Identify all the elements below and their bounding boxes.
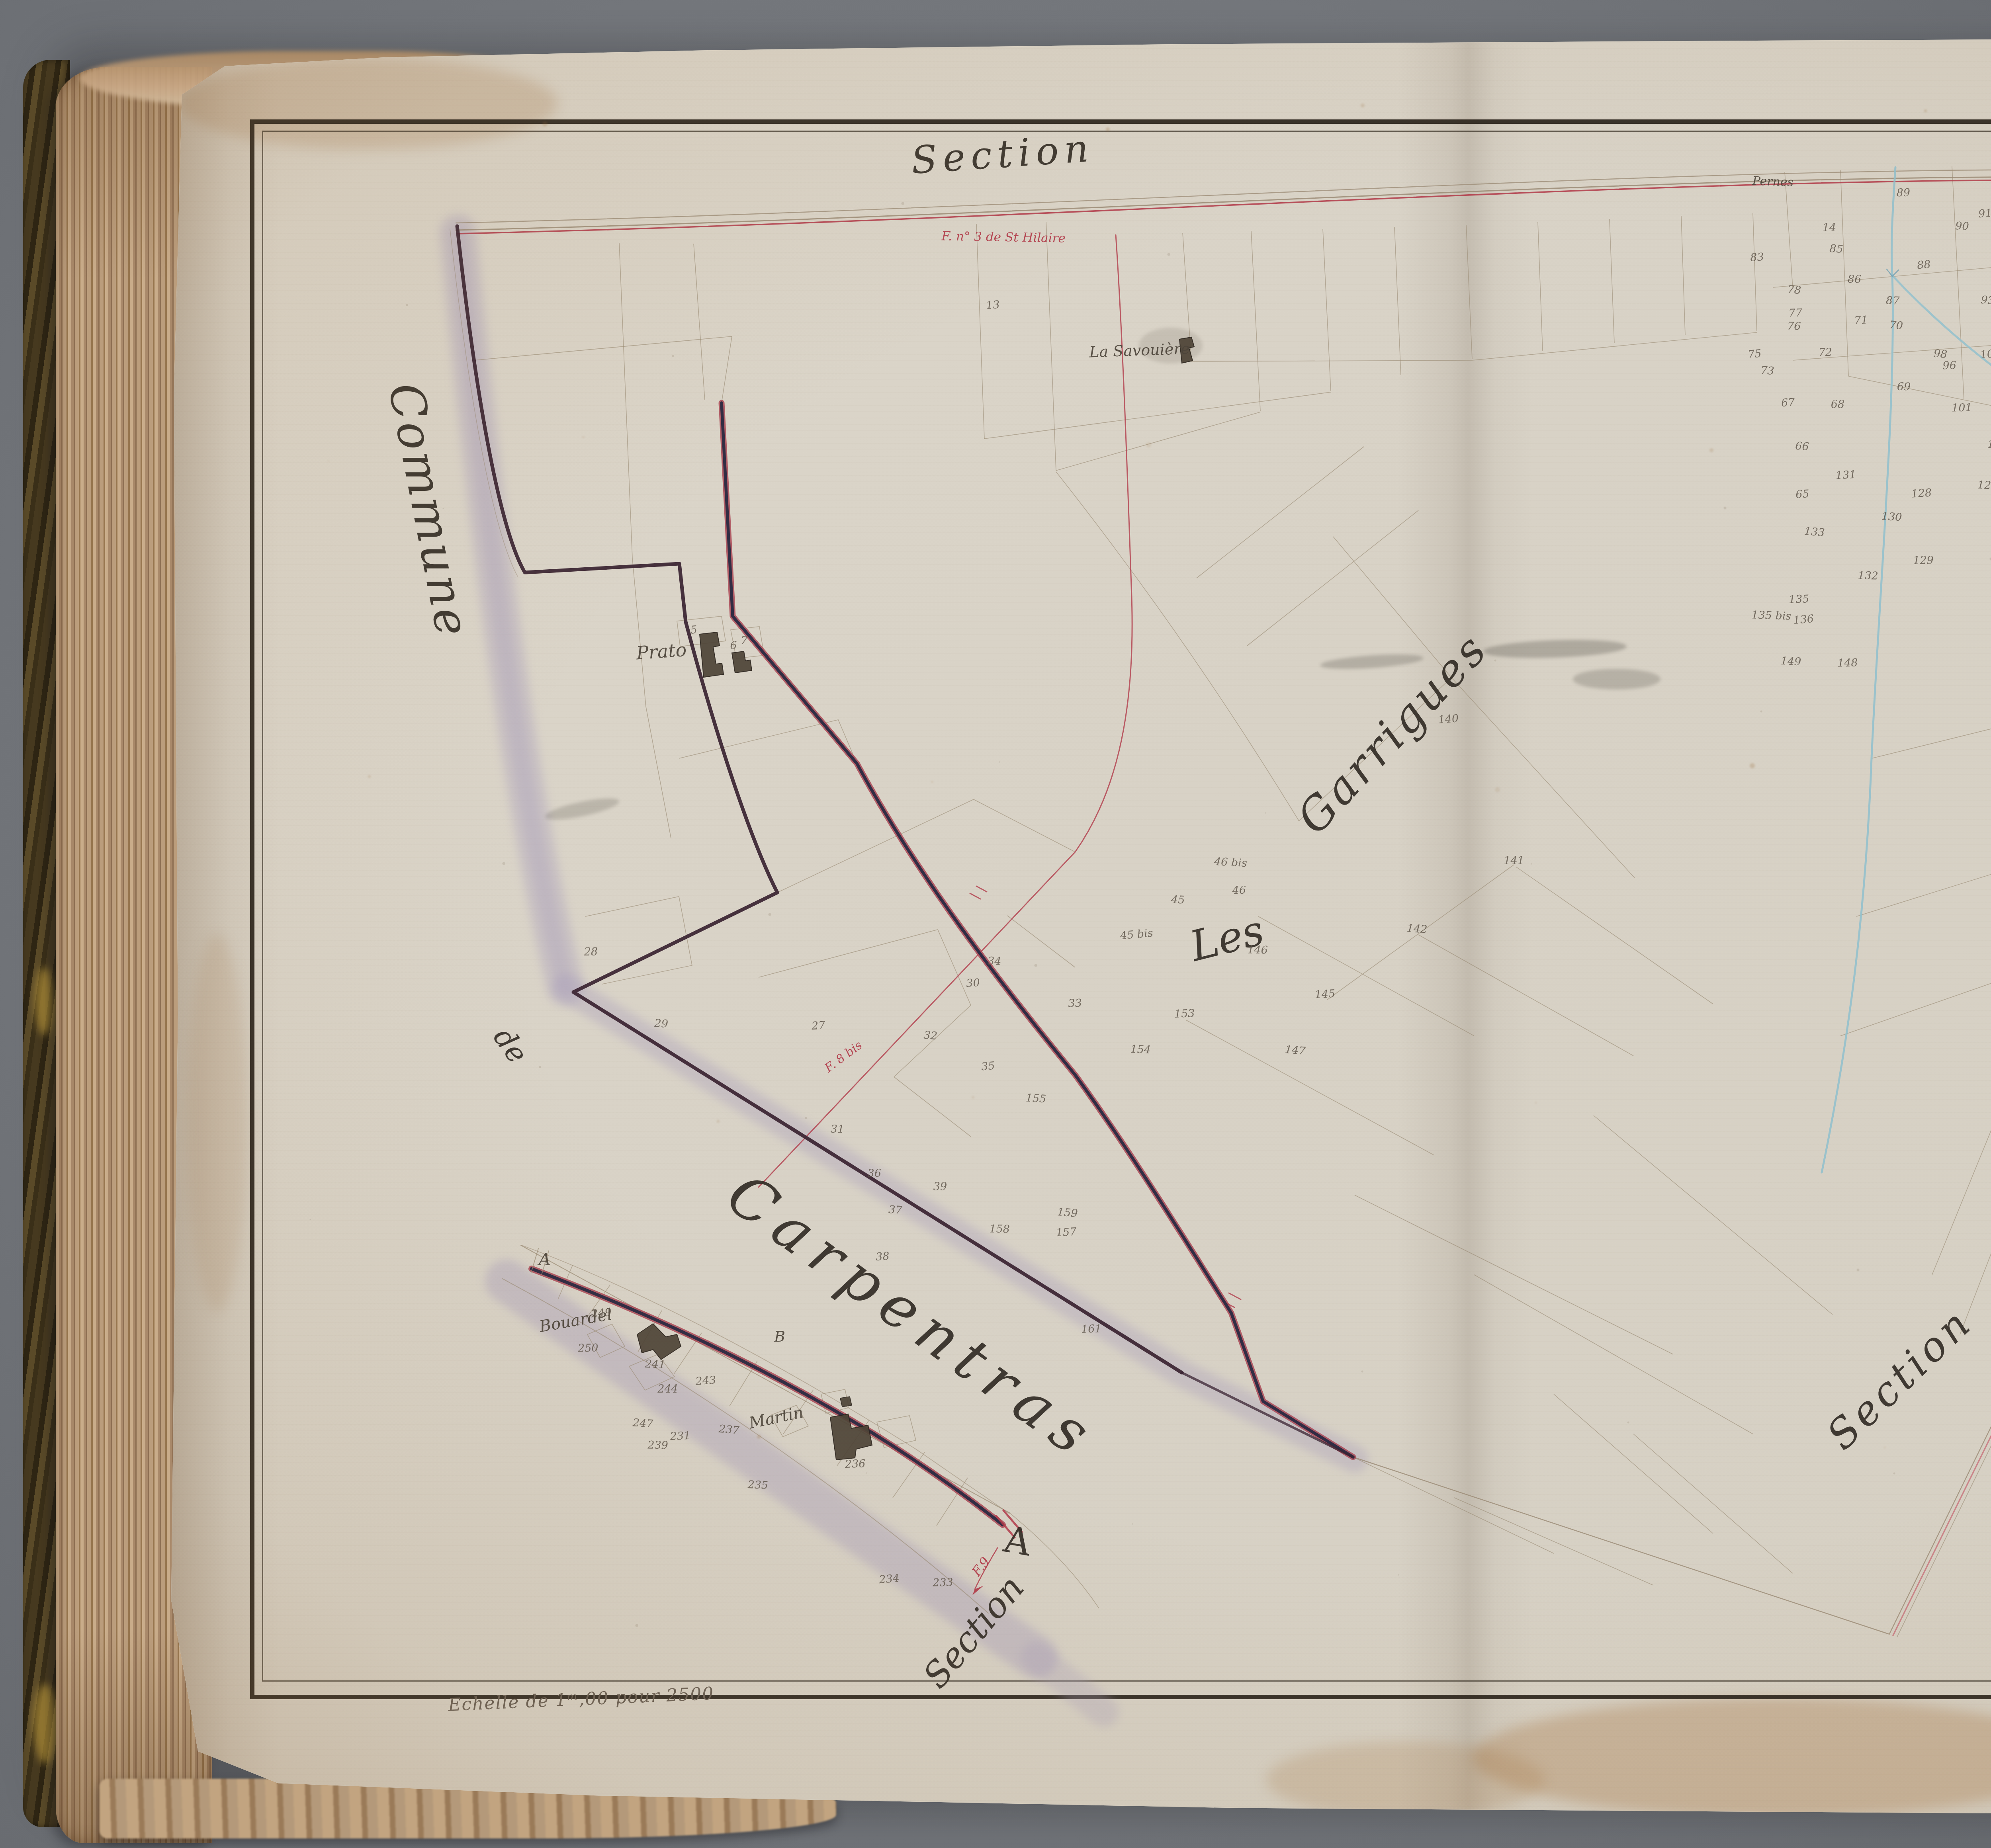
- foxing-dot: [1750, 763, 1755, 768]
- foxing-dot: [757, 1435, 761, 1439]
- map-geometry: SectionCACommunedeCarpentrasLesGarrigues…: [310, 111, 1991, 1712]
- parcel-number: 148: [1837, 657, 1858, 670]
- foxing-dot: [931, 781, 933, 783]
- ink-speck: [866, 1473, 867, 1474]
- parcel-number: 83: [1750, 251, 1764, 264]
- parcel-number: 71: [1854, 314, 1868, 326]
- parcel-number: 132: [1858, 570, 1878, 582]
- ink-speck: [1398, 1575, 1399, 1576]
- parcel-number: 66: [1795, 440, 1809, 453]
- parcel-number: 102: [1987, 438, 1991, 452]
- parcel-number: 28: [584, 946, 598, 958]
- parcel-number: 77: [1788, 307, 1803, 319]
- parcel-number: 136: [1793, 613, 1814, 627]
- foxing-dot: [583, 436, 584, 438]
- parcel-number: 78: [1787, 283, 1801, 297]
- parcel-number: 241: [644, 1358, 666, 1371]
- map-page: SectionCACommunedeCarpentrasLesGarrigues…: [171, 38, 1991, 1813]
- place-label-lieu-dit-les: Les: [1184, 906, 1269, 971]
- parcel-number: 130: [1881, 510, 1903, 524]
- parcel-number: 32: [923, 1029, 938, 1043]
- foxing-dot: [1535, 1102, 1537, 1104]
- parcel-number: 45 bis: [1119, 927, 1154, 942]
- foxing-dot: [1146, 442, 1151, 447]
- ink-speck: [1494, 660, 1496, 662]
- parcel-number: 133: [1804, 525, 1825, 539]
- parcel-number: 234: [878, 1572, 900, 1586]
- ink-speck: [805, 1117, 807, 1119]
- ink-speck: [1132, 1524, 1133, 1525]
- ink-speck: [1857, 1269, 1860, 1272]
- cover-wear-spot: [35, 967, 53, 1035]
- place-label-section-diagonal: Section: [1818, 1298, 1982, 1459]
- ink-speck: [406, 304, 408, 306]
- parcel-number: 135: [1788, 593, 1809, 606]
- parcel-number: 233: [932, 1576, 953, 1589]
- parcel-number: 87: [1886, 294, 1900, 307]
- parcel-number: 236: [844, 1457, 866, 1471]
- parcel-number: 129: [1913, 555, 1934, 567]
- ink-speck: [999, 762, 1000, 763]
- parcel-number: 45: [1171, 893, 1185, 906]
- place-label-hamlet-prato: Prato: [635, 639, 687, 664]
- place-label-hamlet-savouiere: La Savouière: [1088, 340, 1190, 361]
- parcel-number: 244: [657, 1383, 678, 1395]
- parcel-number: 249: [590, 1306, 612, 1320]
- parcel-number: 68: [1831, 399, 1844, 411]
- ink-speck: [503, 862, 505, 865]
- cadastral-map-drawing: SectionCACommunedeCarpentrasLesGarrigues…: [0, 0, 1991, 1848]
- parcel-number: 153: [1174, 1007, 1195, 1020]
- parcel-number: 149: [1780, 655, 1801, 668]
- place-label-commune-de: de: [487, 1021, 535, 1069]
- parcel-number: 88: [1917, 258, 1931, 272]
- parcel-number: 145: [1314, 988, 1336, 1001]
- parcel-number: 14: [1823, 222, 1836, 234]
- parcel-number: 13: [986, 299, 1000, 312]
- parcel-number: 140: [1438, 712, 1459, 726]
- place-label-filiole8bis-annotation: F. 8 bis: [822, 1038, 865, 1076]
- parcel-number: 127: [1977, 479, 1991, 492]
- foxing-dot: [368, 775, 371, 778]
- parcel-number: 36: [867, 1167, 881, 1180]
- foxing-dot: [717, 1120, 720, 1123]
- cover-wear-spot: [33, 1684, 57, 1764]
- parcel-number: 128: [1911, 486, 1932, 500]
- parcel-number: 141: [1504, 855, 1524, 867]
- place-label-top-section-title: Section: [910, 126, 1095, 183]
- parcel-number: 65: [1795, 488, 1810, 501]
- foxing-dot: [1106, 127, 1110, 131]
- parcel-number: 235: [747, 1479, 769, 1492]
- parcel-number: 158: [989, 1223, 1010, 1236]
- parcel-number: 146: [1247, 944, 1268, 957]
- ink-speck: [1724, 507, 1727, 510]
- parcel-number: 98: [1933, 348, 1948, 361]
- parcel-number: 250: [577, 1342, 598, 1355]
- parcel-number: 46: [1232, 884, 1246, 897]
- parcel-number: 247: [632, 1416, 654, 1430]
- parcel-number: 7: [740, 635, 748, 647]
- parcel-number: 29: [653, 1017, 668, 1030]
- place-label-filiole3-annotation-west: F. n° 3 de St Hilaire: [941, 229, 1066, 245]
- parcel-number: 5: [690, 623, 698, 636]
- foxing-dot: [328, 460, 329, 462]
- foxing-dot: [1709, 448, 1713, 452]
- parcel-number: 46 bis: [1213, 856, 1247, 869]
- parcel-number: 154: [1130, 1043, 1151, 1056]
- ink-speck: [1035, 964, 1037, 967]
- foxing-dot: [1924, 109, 1927, 112]
- parcel-number: 75: [1747, 348, 1762, 361]
- parcel-number: 27: [811, 1019, 826, 1032]
- scanned-atlas-photo: { "colors": { "desk": "#75787d", "paper"…: [0, 0, 1991, 1848]
- ink-speck: [310, 1219, 311, 1220]
- foxing-dot: [1320, 1441, 1323, 1444]
- parcel-number: 96: [1942, 359, 1956, 372]
- parcel-number: 155: [1025, 1092, 1047, 1106]
- parcel-number: 135 bis: [1751, 609, 1792, 622]
- ink-speck: [1361, 1371, 1363, 1373]
- parcel-number: 147: [1285, 1043, 1306, 1057]
- parcel-number: 91: [1978, 207, 1991, 220]
- ink-speck: [1893, 1473, 1895, 1475]
- ink-speck: [1168, 253, 1170, 256]
- ink-speck: [1990, 558, 1991, 561]
- parcel-number: 90: [1955, 220, 1969, 233]
- parcel-number: 72: [1818, 346, 1832, 359]
- parcel-number: 142: [1406, 922, 1428, 936]
- parcel-number: 35: [981, 1060, 995, 1073]
- foxing-dot: [1495, 787, 1500, 792]
- parcel-number: 34: [988, 955, 1001, 967]
- ink-speck: [443, 508, 444, 509]
- parcel-number: 76: [1787, 320, 1801, 332]
- parcel-number: 67: [1781, 396, 1795, 409]
- place-label-boundary-marker-a: A: [537, 1250, 551, 1269]
- parcel-number: 239: [647, 1439, 668, 1452]
- parcel-number: 69: [1897, 381, 1911, 393]
- parcel-number: 231: [669, 1430, 691, 1443]
- parcel-number: 33: [1068, 997, 1082, 1010]
- parcel-number: 89: [1896, 187, 1910, 199]
- parcel-number: 39: [933, 1181, 947, 1193]
- parcel-number: 6: [730, 639, 737, 652]
- parcel-number: 101: [1952, 402, 1972, 414]
- ink-speck: [1627, 1422, 1629, 1424]
- parcel-number: 93: [1980, 294, 1991, 307]
- parcel-number: 161: [1081, 1323, 1102, 1336]
- ink-speck: [539, 1066, 541, 1068]
- foxing-dot: [1884, 1447, 1885, 1448]
- parcel-number: 157: [1056, 1226, 1077, 1239]
- foxing-dot: [542, 121, 548, 127]
- foxing-dot: [1361, 104, 1365, 107]
- place-label-road-pernes: Pernes: [1752, 174, 1794, 189]
- ink-speck: [902, 202, 904, 205]
- parcel-number: 131: [1835, 469, 1856, 482]
- ink-speck: [672, 355, 674, 357]
- parcel-number: 38: [875, 1250, 890, 1263]
- parcel-number: 85: [1829, 242, 1843, 256]
- place-label-boundary-marker-b: B: [774, 1328, 785, 1345]
- parcel-number: 30: [966, 977, 980, 990]
- parcel-number: 70: [1889, 319, 1903, 332]
- ink-speck: [1531, 863, 1532, 865]
- parcel-number: 86: [1848, 273, 1862, 286]
- parcel-number: 37: [888, 1203, 903, 1217]
- parcel-number: 237: [718, 1423, 740, 1437]
- parcel-number: 243: [695, 1374, 717, 1388]
- place-label-filiole9-annotation: F.9: [968, 1554, 993, 1580]
- parcel-number: 159: [1057, 1206, 1078, 1220]
- parcel-number: 31: [831, 1123, 845, 1136]
- ink-speck: [769, 913, 771, 916]
- foxing-dot: [972, 1096, 974, 1099]
- ink-speck: [636, 1624, 638, 1627]
- ink-speck: [1760, 711, 1762, 713]
- parcel-number: 100: [1979, 347, 1991, 361]
- parcel-number: 73: [1760, 364, 1774, 377]
- ink-speck: [1265, 813, 1266, 814]
- place-label-hamlet-martin: Martin: [747, 1403, 805, 1432]
